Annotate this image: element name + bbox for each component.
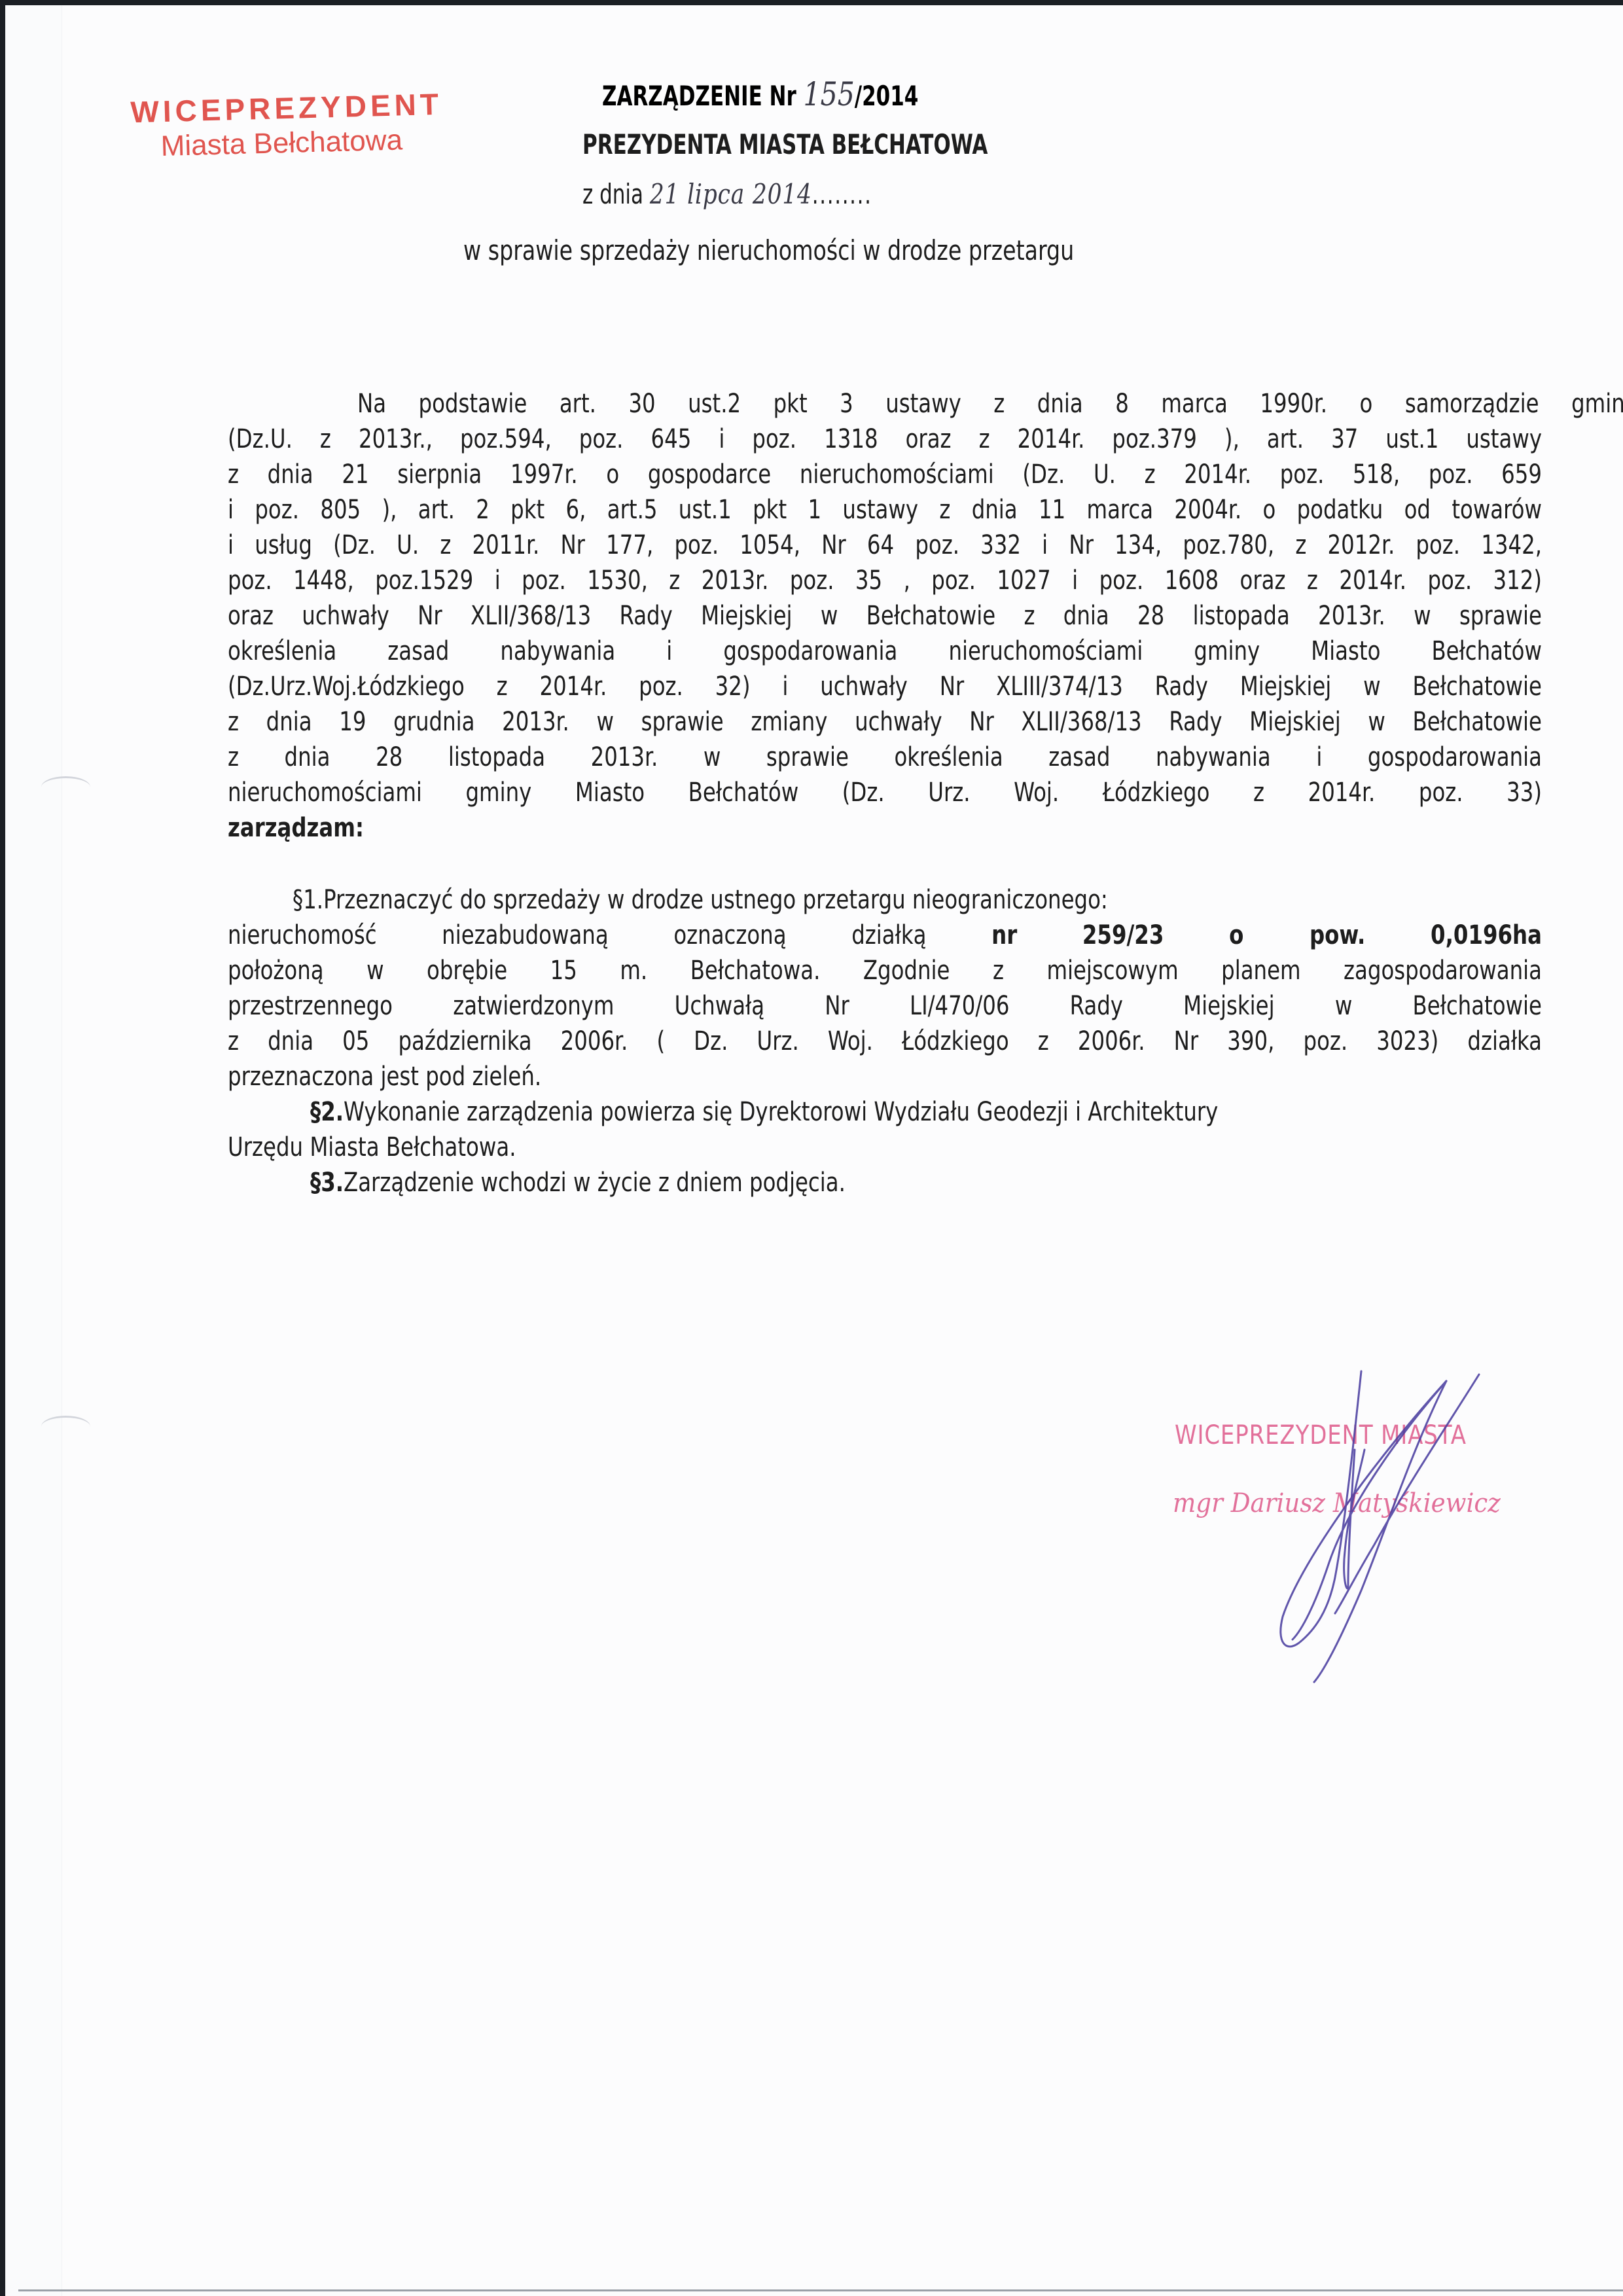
document-body: Na podstawie art. 30 ust.2 pkt 3 ustawy … — [228, 386, 1543, 1200]
preamble-line: i poz. 805 ), art. 2 pkt 6, art.5 ust.1 … — [228, 492, 1542, 528]
preamble-line: nieruchomościami gminy Miasto Bełchatów … — [228, 775, 1542, 810]
decree-word: zarządzam: — [228, 810, 1542, 846]
preamble-line: poz. 1448, poz.1529 i poz. 1530, z 2013r… — [228, 563, 1542, 598]
preamble-line: oraz uchwały Nr XLII/368/13 Rady Miejski… — [228, 598, 1542, 634]
preamble-line: określenia zasad nabywania i gospodarowa… — [228, 634, 1542, 669]
handwritten-signature-icon — [1230, 1355, 1531, 1695]
section-1-line: przeznaczona jest pod zieleń. — [228, 1059, 1542, 1094]
section-1-line: z dnia 05 października 2006r. ( Dz. Urz.… — [228, 1024, 1542, 1059]
preamble-line: (Dz.Urz.Woj.Łódzkiego z 2014r. poz. 32) … — [228, 669, 1542, 704]
handwritten-date: 21 lipca 2014 — [650, 178, 812, 210]
document-issuer: PREZYDENTA MIASTA BEŁCHATOWA — [582, 128, 988, 160]
stamp-title: WICEPREZYDENT — [130, 86, 443, 130]
document-date: z dnia 21 lipca 2014........ — [582, 178, 872, 210]
parcel-area: 0,0196ha — [1431, 920, 1542, 950]
handwritten-number: 155 — [804, 75, 855, 113]
punch-hole-mark — [41, 1416, 90, 1437]
vice-president-stamp: WICEPREZYDENT Miasta Bełchatowa — [130, 86, 444, 164]
preamble-line: Na podstawie art. 30 ust.2 pkt 3 ustawy … — [228, 386, 1623, 422]
section-1-heading: §1.Przeznaczyć do sprzedaży w drodze ust… — [228, 882, 1607, 918]
scan-margin — [5, 5, 62, 2296]
preamble-line: z dnia 19 grudnia 2013r. w sprawie zmian… — [228, 704, 1542, 740]
punch-hole-mark — [41, 776, 90, 798]
section-2-line: §2.Wykonanie zarządzenia powierza się Dy… — [228, 1094, 1623, 1130]
preamble-line: i usług (Dz. U. z 2011r. Nr 177, poz. 10… — [228, 528, 1542, 563]
document-subject: w sprawie sprzedaży nieruchomości w drod… — [463, 234, 1074, 266]
section-1-line: przestrzennego zatwierdzonym Uchwałą Nr … — [228, 988, 1542, 1024]
preamble-line: z dnia 21 sierpnia 1997r. o gospodarce n… — [228, 457, 1542, 492]
preamble-line: (Dz.U. z 2013r., poz.594, poz. 645 i poz… — [228, 422, 1542, 457]
document-title: ZARZĄDZENIE Nr 155/2014 — [602, 75, 918, 113]
section-3-line: §3.Zarządzenie wchodzi w życie z dniem p… — [228, 1165, 1623, 1200]
section-2-line: Urzędu Miasta Bełchatowa. — [228, 1130, 1542, 1165]
section-1-line: położoną w obrębie 15 m. Bełchatowa. Zgo… — [228, 953, 1542, 988]
preamble-line: z dnia 28 listopada 2013r. w sprawie okr… — [228, 740, 1542, 775]
section-1-parcel-line: nieruchomość niezabudowaną oznaczoną dzi… — [228, 918, 1542, 953]
page-bottom-edge — [18, 2289, 1623, 2291]
parcel-number: 259/23 — [1082, 920, 1164, 950]
